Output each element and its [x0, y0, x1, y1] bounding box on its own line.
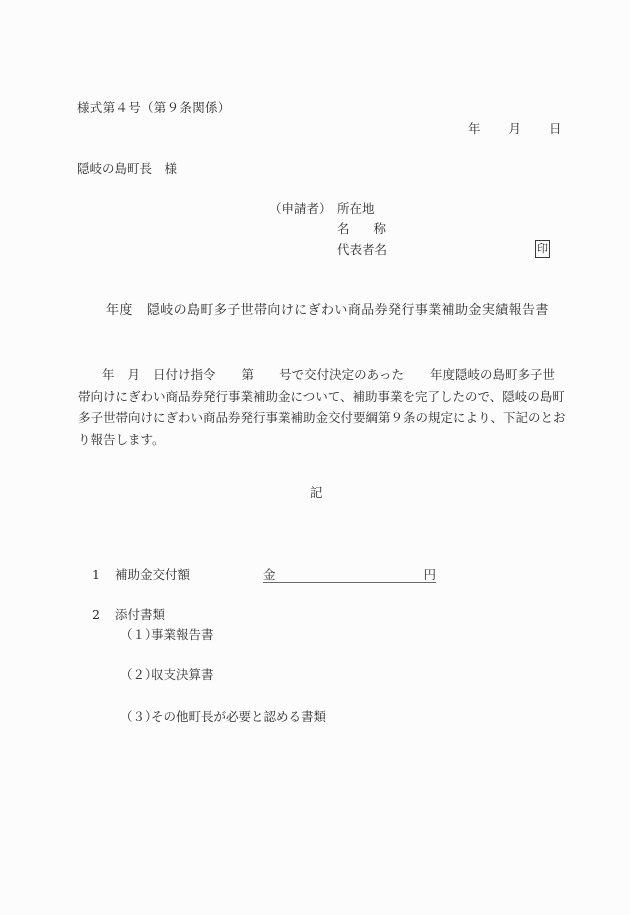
attachment-number: （３） — [120, 711, 151, 724]
date-day-label: 日 — [549, 123, 562, 136]
date-year-label: 年 — [468, 123, 481, 136]
ki-heading: 記 — [310, 487, 323, 500]
applicant-name-label-1: 名 — [337, 221, 350, 236]
seal-stamp-icon: 印 — [535, 240, 550, 258]
body-line-4: り報告します。 — [78, 429, 558, 451]
body-line-1: 年月日付け指令第号で交付決定のあった年度隠岐の島町多子世 — [78, 364, 558, 386]
item-1-number: 1 — [92, 569, 100, 582]
item-2-number: 2 — [92, 609, 100, 622]
applicant-name-label-2: 称 — [374, 221, 387, 236]
item-2-label: 添付書類 — [115, 609, 165, 622]
title-year-suffix: 年度 — [106, 303, 133, 318]
attachment-item: （３）その他町長が必要と認める書類 — [120, 711, 326, 724]
document-title: 年度隠岐の島町多子世帯向けにぎわい商品券発行事業補助金実績報告書 — [106, 304, 549, 317]
attachment-label: その他町長が必要と認める書類 — [151, 709, 326, 724]
applicant-label: （申請者） — [269, 203, 332, 216]
applicant-address-label: 所在地 — [337, 203, 375, 216]
form-number: 様式第４号（第９条関係） — [77, 102, 231, 115]
attachment-label: 収支決算書 — [151, 667, 214, 682]
applicant-name-label: 名称 — [337, 223, 386, 236]
body-line-2: 帯向けにぎわい商品券発行事業補助金について、補助事業を完了したので、隠岐の島町 — [78, 386, 558, 408]
attachment-item: （１）事業報告書 — [120, 629, 214, 642]
date-line: 年月日 — [468, 123, 562, 136]
attachment-label: 事業報告書 — [151, 627, 214, 642]
amount-suffix: 円 — [423, 569, 436, 582]
subsidy-amount-field[interactable]: 金 円 — [263, 567, 436, 583]
title-text: 隠岐の島町多子世帯向けにぎわい商品券発行事業補助金実績報告書 — [147, 303, 549, 318]
body-line-3: 多子世帯向けにぎわい商品券発行事業補助金交付要綱第９条の規定により、下記のとお — [78, 407, 558, 429]
attachment-number: （２） — [120, 669, 151, 682]
attachment-item: （２）収支決算書 — [120, 669, 214, 682]
attachment-number: （１） — [120, 629, 151, 642]
applicant-representative-label: 代表者名 — [337, 244, 387, 257]
amount-prefix: 金 — [263, 569, 276, 582]
body-paragraph: 年月日付け指令第号で交付決定のあった年度隠岐の島町多子世 帯向けにぎわい商品券発… — [78, 364, 558, 451]
recipient: 隠岐の島町長 様 — [77, 163, 177, 176]
item-1-label: 補助金交付額 — [115, 569, 190, 582]
date-month-label: 月 — [509, 123, 522, 136]
